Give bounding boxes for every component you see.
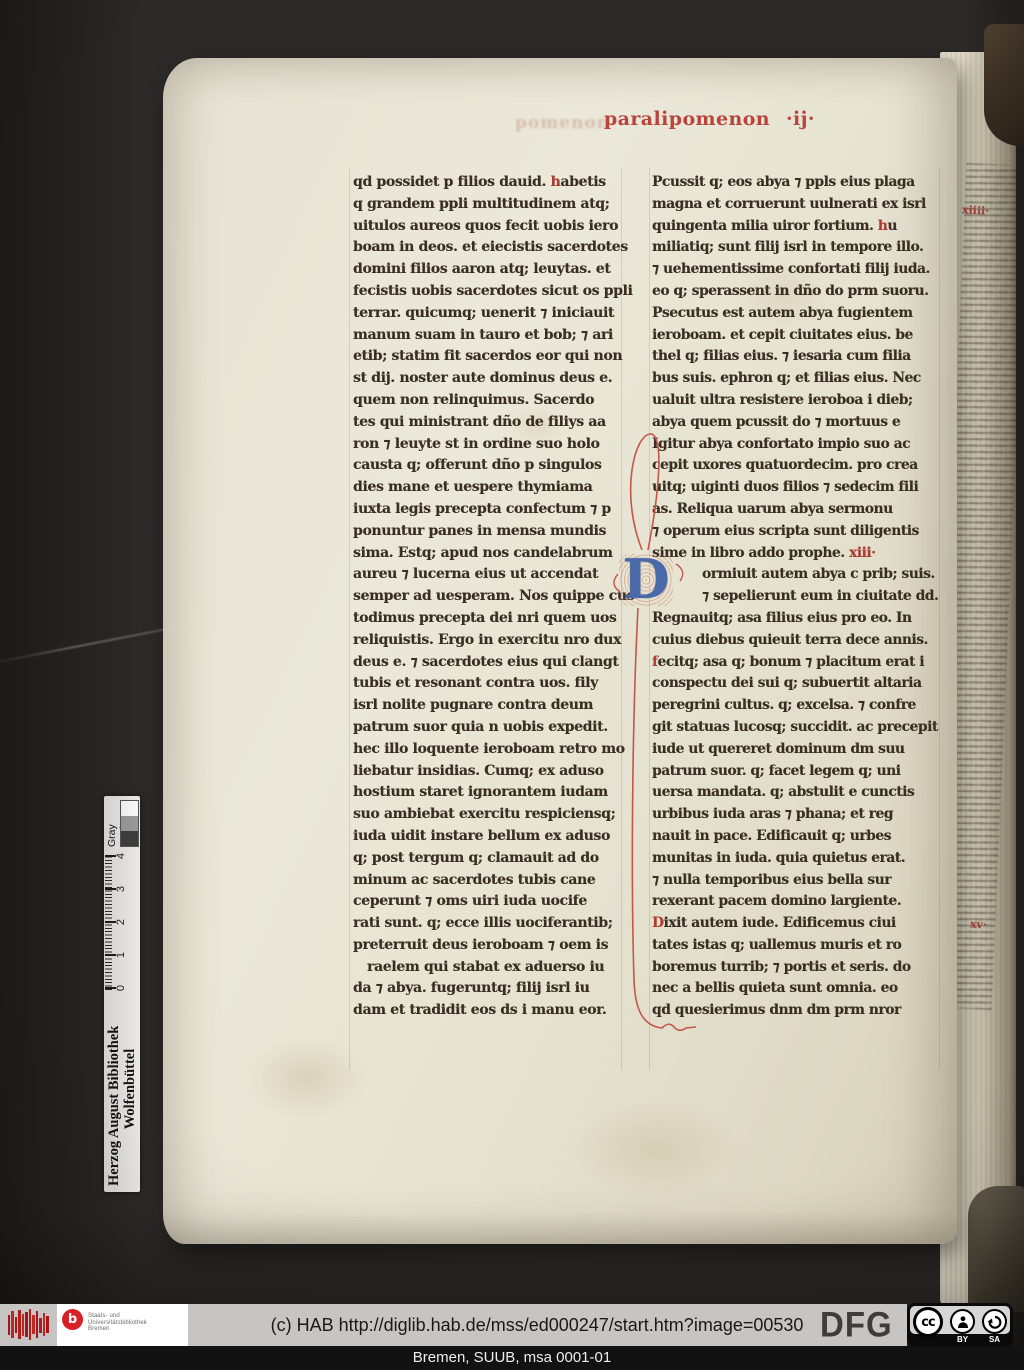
text-line: ieroboam. et cepit ciuitates eius. be [652,325,940,347]
text-line: ceperunt ⁊ oms uiri iuda uocife [353,891,625,913]
running-title-numeral: ·ij· [786,108,815,130]
bremen-label-line: Universitätsbibliothek [88,1320,147,1327]
text-line: eo q; sperassent in dño do prm suoru. [652,281,940,303]
binding-edge-top [984,24,1024,146]
cc-sa-arrow-icon [982,1309,1007,1334]
text-line: dies mane et uespere thymiama [353,477,625,499]
cc-license-badge: cc BY SA [907,1303,1013,1347]
library-name: Herzog August Bibliothek Wolfenbüttel [106,992,138,1186]
text-line: rati sunt. q; ecce illis uociferantib; [353,913,625,935]
ruler-number: 0 [115,983,127,993]
library-name-line2: Wolfenbüttel [122,992,138,1186]
manuscript-page: pomenon paralipomenon·ij· qd possidet p … [163,58,957,1244]
text-line: ron ⁊ leuyte st in ordine suo holo [353,434,625,456]
text-line: domini filios aaron atq; leuytas. et [353,259,625,281]
text-line: semper ad uesperam. Nos quippe cus [353,586,625,608]
hab-bars-icon [7,1309,51,1341]
text-line: uitulos aureos quos fecit uobis iero [353,216,625,238]
bremen-label: Staats- und Universitätsbibliothek Breme… [88,1313,147,1333]
text-line: fecistis uobis sacerdotes sicut os ppli [353,281,625,303]
cc-by-label: BY [950,1335,975,1344]
gray-patch [121,831,138,846]
color-calibration-strip: Herzog August Bibliothek Wolfenbüttel 01… [104,796,140,1192]
dfg-logo: DFG [820,1305,893,1345]
text-line: bus suis. ephron q; et filias eius. Nec [652,368,940,390]
bremen-label-line: Bremen [88,1326,147,1333]
text-line: thel q; filias eius. ⁊ iesaria cum filia [652,346,940,368]
text-line: da ⁊ abya. fugeruntq; filij isrl iu [353,978,625,1000]
text-line: aureu ⁊ lucerna eius ut accendat [353,564,625,586]
gray-scale-patches [120,800,139,847]
text-line: sima. Estq; apud nos candelabrum [353,543,625,565]
running-title: paralipomenon·ij· [604,108,815,130]
text-line: causta q; offerunt dño p singulos [353,455,625,477]
text-line: isrl nolite pugnare contra deum [353,695,625,717]
text-line: Psecutus est autem abya fugientem [652,303,940,325]
text-line: tes qui ministrant dño de filiys aa [353,412,625,434]
text-line: liebatur insidias. Cumq; ex aduso [353,761,625,783]
running-title-text: paralipomenon [604,108,770,130]
bremen-label-line: Staats- und [88,1313,147,1320]
ruler-number: 4 [115,851,127,861]
text-line: ponuntur panes in mensa mundis [353,521,625,543]
text-line: hostium staret ignorantem iudam [353,782,625,804]
text-line: preterruit deus ieroboam ⁊ oem is [353,935,625,957]
penwork-flourish [598,424,708,1064]
cc-sa-label: SA [982,1335,1007,1344]
text-line: Pcussit q; eos abya ⁊ ppls eius plaga [652,172,940,194]
next-page-chapter-marker: xv· [970,918,987,932]
binding-edge-bottom [968,1186,1024,1312]
text-line: ualuit ultra resistere ieroboa i dieb; [652,390,940,412]
ruler-scale: 01234 [104,847,140,992]
text-line: reliquistis. Ergo in exercitu nro dux [353,630,625,652]
cc-by-person-icon [950,1309,975,1334]
copyright-strip: (c) HAB http://diglib.hab.de/mss/ed00024… [188,1304,907,1346]
gray-patch [121,801,138,816]
text-line: tubis et resonant contra uos. fily [353,673,625,695]
text-line: raelem qui stabat ex aduerso iu [353,957,625,979]
next-page-chapter-marker: xiiii· [962,203,990,217]
hab-logo [0,1304,57,1346]
text-line: terrar. quicumq; uenerit ⁊ iniciauit [353,303,625,325]
text-line: deus e. ⁊ sacerdotes eius qui clangt [353,652,625,674]
text-line: boam in deos. et eiecistis sacerdotes [353,237,625,259]
text-line: minum ac sacerdotes tubis cane [353,870,625,892]
text-line: quem non relinquimus. Sacerdo [353,390,625,412]
text-line: patrum suor quia n uobis expedit. [353,717,625,739]
text-line: ⁊ uehementissime confortati filij iuda. [652,259,940,281]
text-line: q; post tergum q; clamauit ad do [353,848,625,870]
caption-bar: Bremen, SUUB, msa 0001-01 [0,1346,1024,1370]
shelfmark-caption: Bremen, SUUB, msa 0001-01 [413,1349,611,1366]
ruler-number: 3 [115,884,127,894]
text-line: iuda uidit instare bellum ex aduso [353,826,625,848]
bremen-logo-block: b Staats- und Universitätsbibliothek Bre… [57,1304,188,1346]
running-title-ghost: pomenon [515,113,610,133]
text-line: magna et corruerunt uulnerati ex isrl [652,194,940,216]
footer-bar: b Staats- und Universitätsbibliothek Bre… [0,1304,1024,1346]
text-line: suo ambiebat exercitu respiciensq; [353,804,625,826]
text-line: st dij. noster aute dominus deus e. [353,368,625,390]
copyright-text: (c) HAB http://diglib.hab.de/mss/ed00024… [232,1304,842,1346]
cc-icon: cc [913,1307,943,1337]
digitized-manuscript-scan: xiiii· xv· pomenon paralipomenon·ij· qd … [0,0,1024,1370]
text-line: hec illo loquente ieroboam retro mo [353,739,625,761]
library-name-line1: Herzog August Bibliothek [106,992,122,1186]
text-line: etib; statim fit sacerdos eor qui non [353,346,625,368]
text-line: manum suam in tauro et bob; ⁊ ari [353,325,625,347]
text-line: iuxta legis precepta confectum ⁊ p [353,499,625,521]
ruler-number: 2 [115,917,127,927]
gray-patch [121,816,138,831]
text-line: miliatiq; sunt filij isrl in tempore ill… [652,237,940,259]
left-text-column: qd possidet p filios dauid. habetisq gra… [353,172,625,1022]
text-line: dam et tradidit eos ds i manu eor. [353,1000,625,1022]
ruling-line [349,168,350,1070]
bremen-b-icon: b [62,1309,83,1330]
ruler-number: 1 [115,950,127,960]
text-line: todimus precepta dei nri quem uos [353,608,625,630]
text-line: quingenta milia uiror fortium. hu [652,216,940,238]
gray-scale-block: Gray Scale [104,796,140,847]
text-line: qd possidet p filios dauid. habetis [353,172,625,194]
text-line: q grandem ppli multitudinem atq; [353,194,625,216]
